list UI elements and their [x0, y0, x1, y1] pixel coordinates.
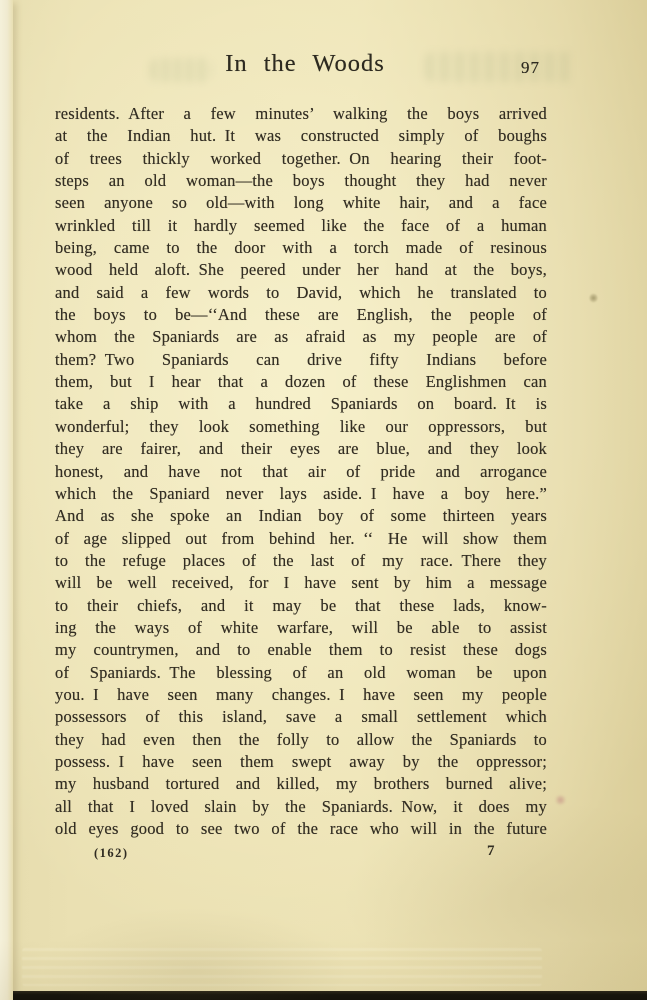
text-line: to their chiefs, and it may be that thes… [55, 595, 547, 617]
text-line: seen anyone so old—with long white hair,… [55, 192, 547, 214]
signature-mark: (162) [94, 846, 129, 861]
text-line: wrinkled till it hardly seemed like the … [55, 215, 547, 237]
text-line: you. I have seen many changes. I have se… [55, 684, 547, 706]
text-line: old eyes good to see two of the race who… [55, 818, 547, 840]
text-line: possess. I have seen them swept away by … [55, 751, 547, 773]
text-line: will be well received, for I have sent b… [55, 572, 547, 594]
text-line: them? Two Spaniards can drive fifty Indi… [55, 349, 547, 371]
text-line: wonderful; they look something like our … [55, 416, 547, 438]
text-line: of Spaniards. The blessing of an old wom… [55, 662, 547, 684]
text-line: wood held aloft. She peered under her ha… [55, 259, 547, 281]
text-line: at the Indian hut. It was constructed si… [55, 125, 547, 147]
footer-page-marker: 7 [487, 843, 495, 860]
text-line: the boys to be—‘‘And these are English, … [55, 304, 547, 326]
paper-smudge [555, 795, 566, 805]
text-line: honest, and have not that air of pride a… [55, 461, 547, 483]
text-line: to the refuge places of the last of my r… [55, 550, 547, 572]
text-line: my countrymen, and to enable them to res… [55, 639, 547, 661]
text-line: possessors of this island, save a small … [55, 706, 547, 728]
text-line: they had even then the folly to allow th… [55, 729, 547, 751]
text-line: of age slipped out from behind her. ‘‘ H… [55, 528, 547, 550]
body-text: residents. After a few minutes’ walking … [55, 103, 547, 840]
book-page: In the Woods 97 residents. After a few m… [0, 0, 647, 1000]
text-line: my husband tortured and killed, my broth… [55, 773, 547, 795]
scan-streaks [22, 948, 542, 986]
scan-bottom-edge [13, 991, 647, 1000]
text-line: all that I loved slain by the Spaniards.… [55, 796, 547, 818]
text-line: take a ship with a hundred Spaniards on … [55, 393, 547, 415]
text-line: being, came to the door with a torch mad… [55, 237, 547, 259]
text-line: which the Spaniard never lays aside. I h… [55, 483, 547, 505]
text-line: they are fairer, and their eyes are blue… [55, 438, 547, 460]
page-footer: (162) 7 [55, 843, 547, 865]
scan-left-page-edge [0, 0, 13, 1000]
paper-speck [589, 293, 598, 303]
chapter-title: In the Woods [59, 48, 551, 80]
text-line: and said a few words to David, which he … [55, 282, 547, 304]
text-line: them, but I hear that a dozen of these E… [55, 371, 547, 393]
text-line: ing the ways of white warfare, will be a… [55, 617, 547, 639]
text-line: And as she spoke an Indian boy of some t… [55, 505, 547, 527]
text-line: whom the Spaniards are as afraid as my p… [55, 326, 547, 348]
page-number: 97 [521, 58, 540, 78]
text-line: residents. After a few minutes’ walking … [55, 103, 547, 125]
text-line: steps an old woman—the boys thought they… [55, 170, 547, 192]
text-line: of trees thickly worked together. On hea… [55, 148, 547, 170]
